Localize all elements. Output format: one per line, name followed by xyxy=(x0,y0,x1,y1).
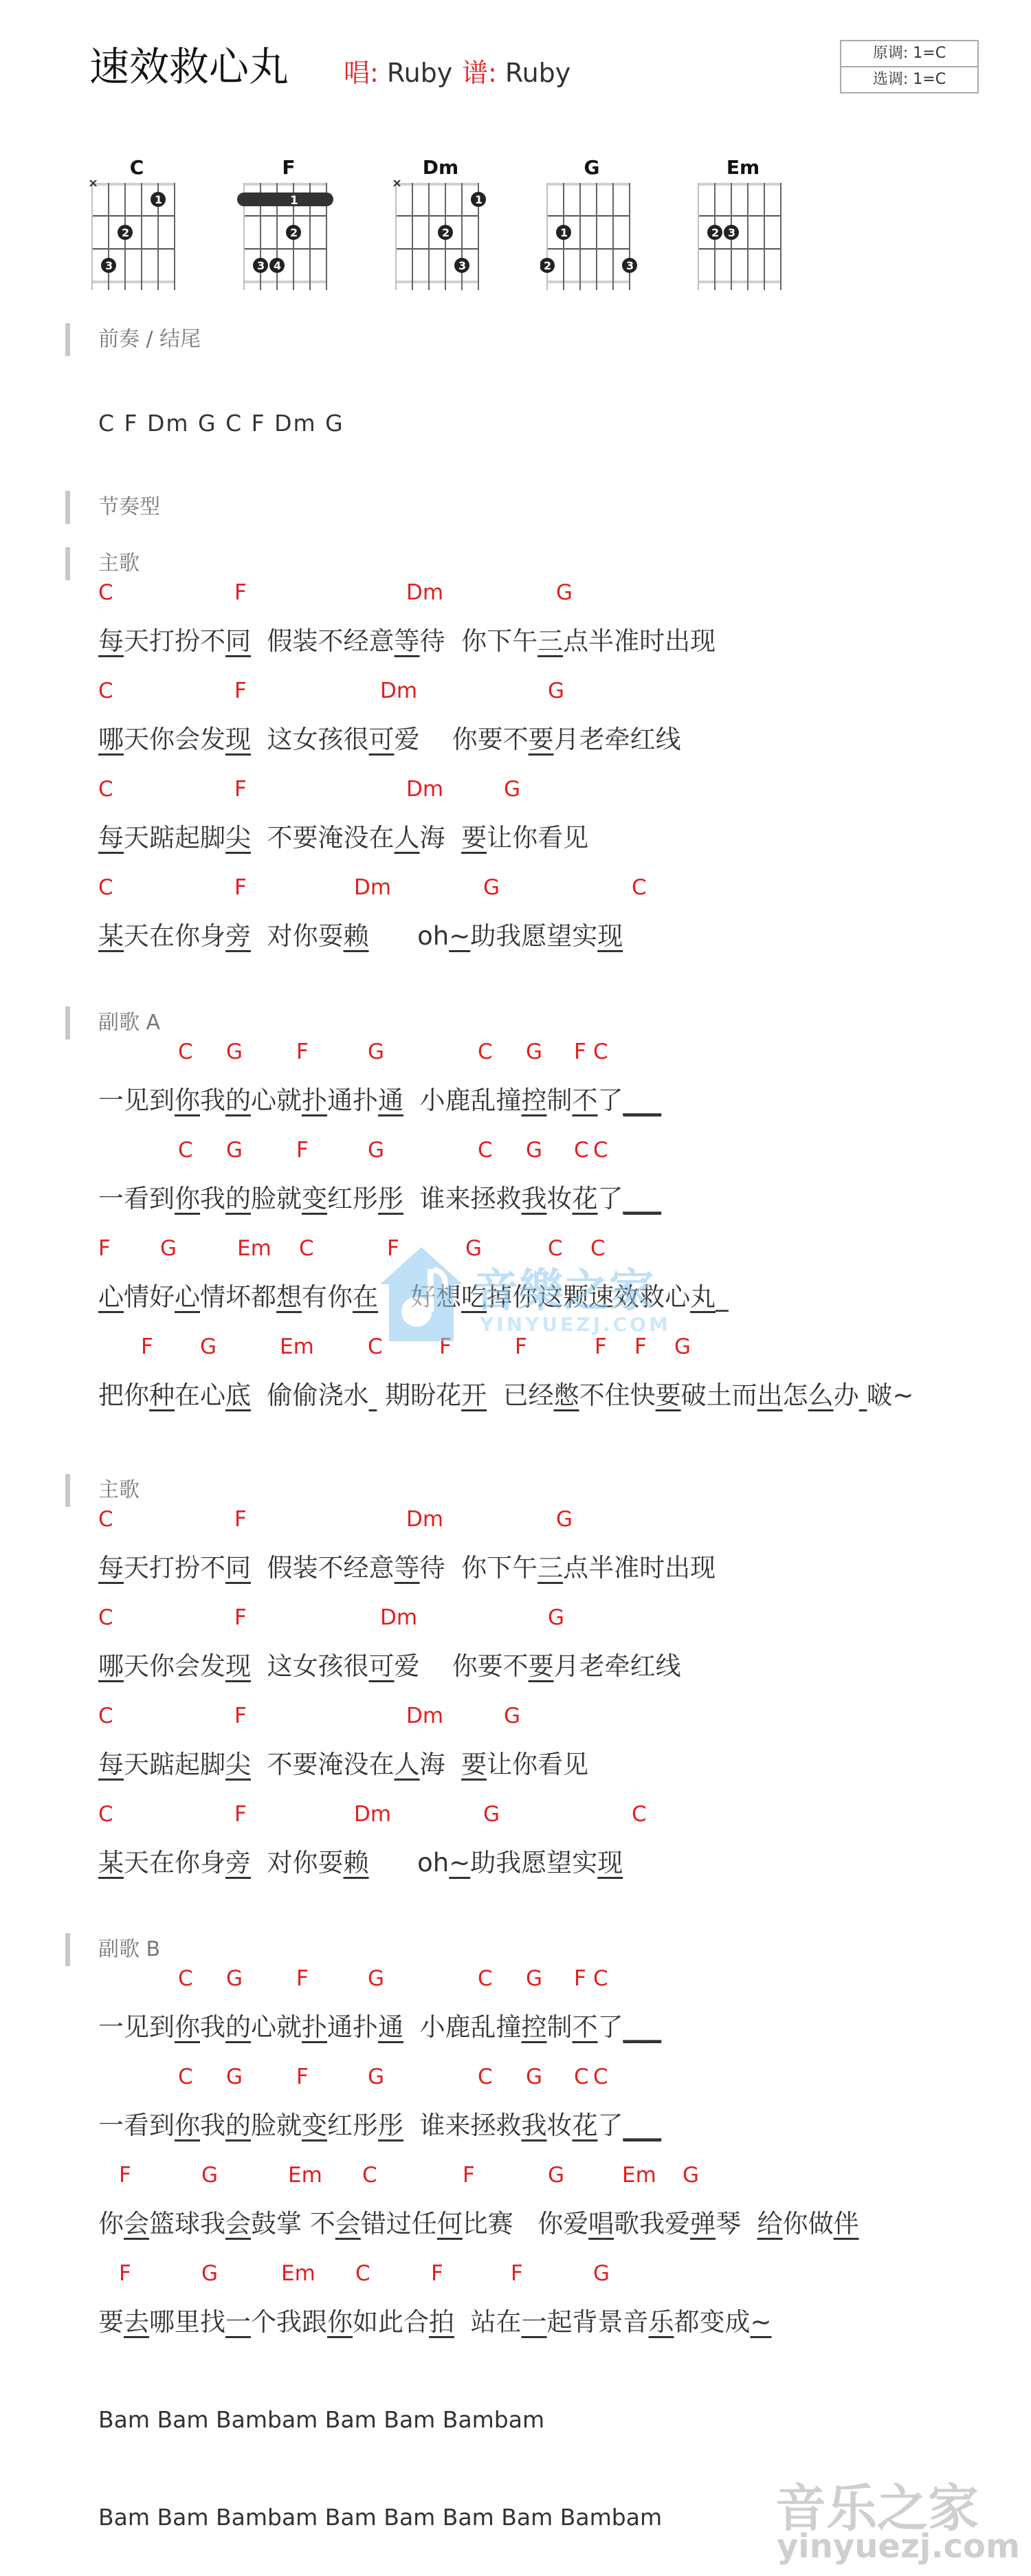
section-label-rhythm: 节奏型 xyxy=(98,491,160,524)
chord-symbol[interactable]: C xyxy=(178,1963,193,1994)
chord-symbol[interactable]: C xyxy=(98,1504,113,1534)
chord-diagram-f[interactable]: F1234 xyxy=(237,157,340,287)
svg-text:2: 2 xyxy=(711,226,719,239)
chord-symbol[interactable]: C xyxy=(368,1332,383,1362)
chord-symbol[interactable]: G xyxy=(526,1135,542,1165)
section-bar xyxy=(65,547,70,580)
chord-diagram-em[interactable]: Em23 xyxy=(691,157,795,287)
singer-label: 唱: xyxy=(344,58,379,88)
original-key: 原调: 1=C xyxy=(841,41,977,66)
chord-symbol[interactable]: G xyxy=(368,1963,384,1994)
chord-line: CGFGCGCC xyxy=(98,1135,992,1165)
chord-diagram-g[interactable]: G123 xyxy=(540,157,643,287)
chord-symbol[interactable]: Dm xyxy=(406,774,443,804)
lyric-line: 哪天你会发现 这女孩很可爱 你要不要月老牵红线 xyxy=(98,723,681,757)
chosen-key[interactable]: 选调: 1=C xyxy=(841,66,977,92)
section-bar xyxy=(65,1933,70,1966)
lyric-line: 你会篮球我会鼓掌 不会错过任何比赛 你爱唱歌我爱弹琴 给你做伴 xyxy=(98,2207,859,2241)
chord-symbol[interactable]: G xyxy=(226,1135,243,1165)
chord-symbol[interactable]: G xyxy=(226,1963,243,1994)
chord-symbol[interactable]: C xyxy=(632,1799,647,1829)
svg-text:3: 3 xyxy=(728,226,735,239)
chord-symbol[interactable]: F xyxy=(234,676,247,706)
chord-symbol[interactable]: Dm xyxy=(406,1504,443,1534)
lyric-line: 要去哪里找一个我跟你如此合拍 站在一起背景音乐都变成~ xyxy=(98,2305,772,2340)
lyric-line: 每天踮起脚尖 不要淹没在人海 要让你看见 xyxy=(98,821,588,855)
chord-line: CFDmGC xyxy=(98,1799,992,1829)
chord-symbol[interactable]: C xyxy=(478,1135,493,1165)
chord-symbol[interactable]: Dm xyxy=(406,577,443,608)
chord-symbol[interactable]: G xyxy=(593,2258,610,2289)
section-bar xyxy=(65,1006,70,1039)
chord-symbol[interactable]: Dm xyxy=(406,1701,443,1731)
chord-symbol[interactable]: F xyxy=(98,1233,111,1264)
chord-symbol[interactable]: C xyxy=(632,872,647,903)
watermark-corner-text: 音乐之家 xyxy=(775,2468,979,2541)
chord-line: FGEmCFFFFG xyxy=(98,1332,992,1362)
chord-symbol[interactable]: F xyxy=(574,1037,586,1067)
chord-symbol[interactable]: F xyxy=(234,1701,247,1731)
chord-name: Dm xyxy=(389,157,492,179)
lyric-line: 每天打扮不同 假装不经意等待 你下午三点半准时出现 xyxy=(98,1551,716,1585)
lyric-line: 心情好心情坏都想有你在 好想吃掉你这颗速效救心丸_ xyxy=(98,1280,729,1314)
lyric-line: 哪天你会发现 这女孩很可爱 你要不要月老牵红线 xyxy=(98,1649,681,1684)
watermark-corner: 音乐之家 yinyuezj.com xyxy=(768,2468,1023,2571)
outro-line-1: Bam Bam Bambam Bam Bam Bambam xyxy=(98,2405,544,2435)
fretboard-grid-icon: 1234 xyxy=(237,180,340,290)
chord-symbol[interactable]: C xyxy=(362,2160,377,2190)
chord-symbol[interactable]: C xyxy=(593,2062,608,2092)
svg-text:1: 1 xyxy=(560,226,568,239)
chord-symbol[interactable]: Em xyxy=(622,2160,656,2190)
chord-diagram-c[interactable]: C×123 xyxy=(85,157,188,287)
chord-symbol[interactable]: G xyxy=(526,1037,542,1067)
chord-symbol[interactable]: C xyxy=(593,1037,608,1067)
chord-symbol[interactable]: C xyxy=(178,1037,193,1067)
section-bar xyxy=(65,323,70,356)
chord-symbol[interactable]: C xyxy=(98,577,113,608)
chord-symbol[interactable]: G xyxy=(483,872,500,903)
chord-symbol[interactable]: C xyxy=(574,1135,589,1165)
lyric-line: 一见到你我的心就扑通扑通 小鹿乱撞控制不了___ xyxy=(98,2010,661,2045)
chord-symbol[interactable]: C xyxy=(478,1037,493,1067)
section-bar xyxy=(65,491,70,524)
svg-text:3: 3 xyxy=(626,259,634,272)
svg-text:1: 1 xyxy=(475,193,483,206)
chord-symbol[interactable]: G xyxy=(548,1603,564,1633)
watermark-corner-subtext: yinyuezj.com xyxy=(777,2527,1020,2566)
section-label: 主歌 xyxy=(98,1474,140,1507)
chord-line: CFDmG xyxy=(98,774,992,804)
chord-symbol[interactable]: F xyxy=(296,1037,309,1067)
chord-symbol[interactable]: F xyxy=(595,1332,607,1362)
singer-name[interactable]: Ruby xyxy=(387,58,452,88)
svg-text:3: 3 xyxy=(458,259,466,272)
chord-symbol[interactable]: C xyxy=(593,1963,608,1994)
chord-symbol[interactable]: F xyxy=(234,577,247,608)
chord-diagram-dm[interactable]: Dm×123 xyxy=(389,157,492,287)
chord-symbol[interactable]: Em xyxy=(280,1332,314,1362)
chord-symbol[interactable]: F xyxy=(234,872,247,903)
chord-symbol[interactable]: G xyxy=(201,2160,218,2190)
chord-symbol[interactable]: C xyxy=(590,1233,606,1264)
chord-symbol[interactable]: G xyxy=(548,2160,564,2190)
chord-symbol[interactable]: C xyxy=(574,2062,589,2092)
chord-symbol[interactable]: G xyxy=(556,1504,573,1534)
chord-line: CFDmG xyxy=(98,1603,992,1633)
singer-credit: 唱: Ruby xyxy=(344,56,452,89)
chord-symbol[interactable]: Em xyxy=(237,1233,271,1264)
chord-symbol[interactable]: Dm xyxy=(354,1799,391,1829)
key-info-box: 原调: 1=C 选调: 1=C xyxy=(840,40,979,93)
chord-symbol[interactable]: G xyxy=(368,1135,384,1165)
chord-symbol[interactable]: F xyxy=(234,774,247,804)
chord-line: CFDmG xyxy=(98,1504,992,1534)
chord-name: Em xyxy=(691,157,795,179)
chord-symbol[interactable]: F xyxy=(234,1799,247,1829)
chord-name: G xyxy=(540,157,643,179)
lyric-line: 一见到你我的心就扑通扑通 小鹿乱撞控制不了___ xyxy=(98,1083,661,1118)
chord-line: FGEmCFGCC xyxy=(98,1233,992,1264)
chord-symbol[interactable]: Dm xyxy=(354,872,391,903)
chord-symbol[interactable]: F xyxy=(511,2258,523,2289)
chord-symbol[interactable]: F xyxy=(119,2160,131,2190)
lyric-line: 一看到你我的脸就变红彤彤 谁来拯救我妆花了___ xyxy=(98,2109,661,2143)
chord-symbol[interactable]: Em xyxy=(281,2258,315,2289)
chord-symbol[interactable]: F xyxy=(296,2062,309,2092)
chord-symbol[interactable]: C xyxy=(478,2062,493,2092)
song-title: 速效救心丸 xyxy=(89,43,289,91)
intro-chords: C F Dm G C F Dm G xyxy=(98,408,344,439)
chord-line: CGFGCGFC xyxy=(98,1037,992,1067)
svg-text:4: 4 xyxy=(274,259,281,272)
chord-symbol[interactable]: G xyxy=(504,774,520,804)
chord-symbol[interactable]: C xyxy=(548,1233,563,1264)
lyric-line: 把你种在心底 偷偷浇水 期盼花开 已经憋不住快要破土而出怎么办 啵~ xyxy=(98,1378,913,1413)
chord-symbol[interactable]: G xyxy=(683,2160,699,2190)
chord-symbol[interactable]: G xyxy=(483,1799,500,1829)
chord-symbol[interactable]: Dm xyxy=(380,676,417,706)
svg-text:×: × xyxy=(392,180,402,190)
section-label: 副歌 A xyxy=(98,1006,160,1039)
section-label: 主歌 xyxy=(98,547,140,580)
chord-symbol[interactable]: F xyxy=(296,1963,309,1994)
chord-symbol[interactable]: F xyxy=(234,1603,247,1633)
svg-text:1: 1 xyxy=(155,193,162,206)
svg-text:3: 3 xyxy=(257,259,265,272)
section-label-intro: 前奏 / 结尾 xyxy=(98,323,201,356)
section-bar xyxy=(65,1474,70,1507)
chord-symbol[interactable]: F xyxy=(234,1504,247,1534)
chord-symbol[interactable]: F xyxy=(463,2160,475,2190)
chord-symbol[interactable]: G xyxy=(465,1233,482,1264)
chord-symbol[interactable]: G xyxy=(201,2258,218,2289)
chord-symbol[interactable]: G xyxy=(160,1233,177,1264)
chord-symbol[interactable]: G xyxy=(504,1701,520,1731)
fretboard-grid-icon: ×123 xyxy=(85,180,188,290)
chord-symbol[interactable]: F xyxy=(119,2258,131,2289)
chord-symbol[interactable]: G xyxy=(556,577,573,608)
chord-line: CGFGCGFC xyxy=(98,1963,992,1994)
lyric-line: 某天在你身旁 对你耍赖 oh~助我愿望实现 xyxy=(98,919,623,954)
chord-symbol[interactable]: G xyxy=(368,1037,384,1067)
chord-name: C xyxy=(85,157,188,179)
chord-symbol[interactable]: G xyxy=(226,1037,243,1067)
chord-line: CFDmG xyxy=(98,676,992,706)
chord-symbol[interactable]: F xyxy=(515,1332,527,1362)
chord-symbol[interactable]: F xyxy=(296,1135,309,1165)
chord-symbol[interactable]: C xyxy=(593,1135,608,1165)
chord-symbol[interactable]: F xyxy=(634,1332,647,1362)
chord-symbol[interactable]: C xyxy=(98,872,113,903)
svg-text:×: × xyxy=(88,180,98,190)
svg-text:3: 3 xyxy=(105,259,113,272)
arranger-name[interactable]: Ruby xyxy=(505,58,570,88)
svg-text:2: 2 xyxy=(442,226,450,239)
fretboard-grid-icon: ×123 xyxy=(389,180,492,290)
svg-text:2: 2 xyxy=(122,226,129,239)
chord-line: CFDmG xyxy=(98,577,992,608)
chord-symbol[interactable]: F xyxy=(431,2258,443,2289)
chord-symbol[interactable]: F xyxy=(439,1332,452,1362)
chord-symbol[interactable]: C xyxy=(299,1233,314,1264)
chord-symbol[interactable]: Dm xyxy=(380,1603,417,1633)
chord-line: CFDmGC xyxy=(98,872,992,903)
lyric-line: 每天踮起脚尖 不要淹没在人海 要让你看见 xyxy=(98,1748,588,1782)
chord-symbol[interactable]: C xyxy=(178,2062,193,2092)
chord-line: FGEmCFFG xyxy=(98,2258,992,2289)
fretboard-grid-icon: 23 xyxy=(691,180,795,290)
lyric-line: 每天打扮不同 假装不经意等待 你下午三点半准时出现 xyxy=(98,624,716,659)
chord-symbol[interactable]: G xyxy=(368,2062,384,2092)
chord-symbol[interactable]: F xyxy=(387,1233,399,1264)
chord-symbol[interactable]: C xyxy=(355,2258,370,2289)
chord-symbol[interactable]: G xyxy=(226,2062,243,2092)
svg-text:2: 2 xyxy=(544,259,551,272)
arranger-credit: 谱: Ruby xyxy=(462,56,570,89)
chord-symbol[interactable]: C xyxy=(98,676,113,706)
chord-symbol[interactable]: C xyxy=(98,1799,113,1829)
chord-symbol[interactable]: C xyxy=(98,1603,113,1633)
chord-symbol[interactable]: F xyxy=(574,1963,586,1994)
chord-symbol[interactable]: G xyxy=(200,1332,217,1362)
chord-symbol[interactable]: C xyxy=(478,1963,493,1994)
chord-name: F xyxy=(237,157,340,179)
chord-line: CFDmG xyxy=(98,1701,992,1731)
svg-text:1: 1 xyxy=(290,194,298,208)
chord-line: CGFGCGCC xyxy=(98,2062,992,2092)
chord-line: FGEmCFGEmG xyxy=(98,2160,992,2190)
chord-symbol[interactable]: F xyxy=(141,1332,153,1362)
chord-symbol[interactable]: Em xyxy=(288,2160,322,2190)
chord-symbol[interactable]: C xyxy=(178,1135,193,1165)
lyric-line: 某天在你身旁 对你耍赖 oh~助我愿望实现 xyxy=(98,1846,623,1880)
svg-text:2: 2 xyxy=(290,226,298,239)
chord-symbol[interactable]: C xyxy=(98,774,113,804)
fretboard-grid-icon: 123 xyxy=(540,180,643,290)
outro-line-2: Bam Bam Bambam Bam Bam Bam Bam Bambam xyxy=(98,2502,662,2533)
chord-symbol[interactable]: G xyxy=(548,676,564,706)
chord-symbol[interactable]: G xyxy=(526,2062,542,2092)
chord-symbol[interactable]: C xyxy=(98,1701,113,1731)
chord-symbol[interactable]: G xyxy=(526,1963,542,1994)
arranger-label: 谱: xyxy=(462,58,497,88)
chord-symbol[interactable]: G xyxy=(674,1332,691,1362)
lyric-line: 一看到你我的脸就变红彤彤 谁来拯救我妆花了___ xyxy=(98,1182,661,1216)
section-label: 副歌 B xyxy=(98,1933,160,1966)
